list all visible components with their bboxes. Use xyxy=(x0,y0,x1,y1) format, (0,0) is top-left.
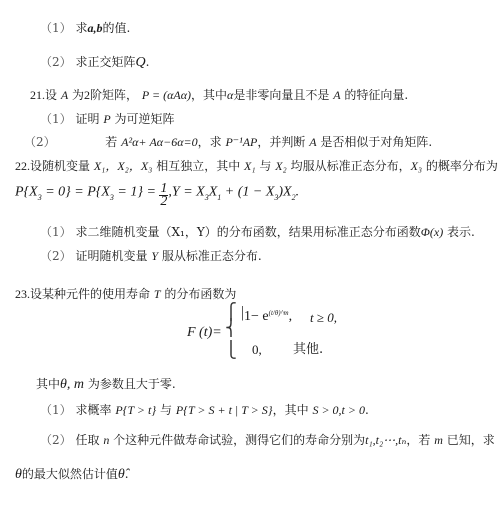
case-2-condition: 其他. xyxy=(293,342,323,358)
question-number: 23. xyxy=(15,287,30,301)
q22-stem: 22.设随机变量 X₁，X₂，X₃ 相互独立，其中 X₁ 与 X₂ 均服从标准正… xyxy=(15,158,498,174)
question-number: 22. xyxy=(15,159,30,173)
part-label: （2） xyxy=(40,249,72,263)
q21-part1: （1） 证明 P 为可逆矩阵 xyxy=(40,111,175,127)
q23-params: 其中θ, m 为参数且大于零. xyxy=(36,376,176,393)
question-number: 21. xyxy=(30,88,45,102)
q21-part2: （2） 若 A²α+ Aα−6α=0，求 P⁻¹AP，并判断 A 是否相似于对角… xyxy=(24,134,432,150)
part-label: （2） xyxy=(40,433,72,447)
q22-part1: （1） 求二维随机变量（X₁，Y）的分布函数，结果用标准正态分布函数Φ(x) 表… xyxy=(40,224,475,240)
fraction-one-half: 12 xyxy=(159,183,168,208)
q23-part2-continued: θ的最大似然估计值θ̂. xyxy=(15,466,129,483)
function-name: F (t)= xyxy=(187,325,222,341)
part-label: （1） xyxy=(40,112,72,126)
q22-formula: P{X3 = 0} = P{X3 = 1} = 12,Y = X3X1 + (1… xyxy=(15,180,299,205)
part-label: （2） xyxy=(40,55,72,69)
part-label: （1） xyxy=(40,21,72,35)
case-1-expr: 1− e(t/θ)^m, xyxy=(244,309,292,326)
q20-part2: （2） 求正交矩阵Q. xyxy=(40,54,149,71)
q21-stem: 21.设 A 为2阶矩阵， P = (αAα)，其中α是非零向量且不是 A 的特… xyxy=(30,87,408,103)
q20-part1: （1） 求a,b的值. xyxy=(40,20,130,36)
part-label: （2） xyxy=(24,135,56,149)
q23-part2: （2） 任取 n 个这种元件做寿命试验，测得它们的寿命分别为t₁,t₂⋯,tₙ，… xyxy=(40,432,495,448)
case-2-expr: 0, xyxy=(252,342,262,358)
brace-mid: ⎨ xyxy=(225,318,237,338)
case-1-condition: t ≥ 0, xyxy=(310,310,337,326)
q23-stem: 23.设某种元件的使用寿命 T 的分布函数为 xyxy=(15,286,236,302)
q23-part1: （1） 求概率 P{T > t} 与 P{T > S + t | T > S}，… xyxy=(40,402,369,418)
brace-bottom: ⎩ xyxy=(225,340,237,360)
part-label: （1） xyxy=(40,403,72,417)
part-label: （1） xyxy=(40,225,72,239)
q22-part2: （2） 证明随机变量 Y 服从标准正态分布. xyxy=(40,248,262,264)
